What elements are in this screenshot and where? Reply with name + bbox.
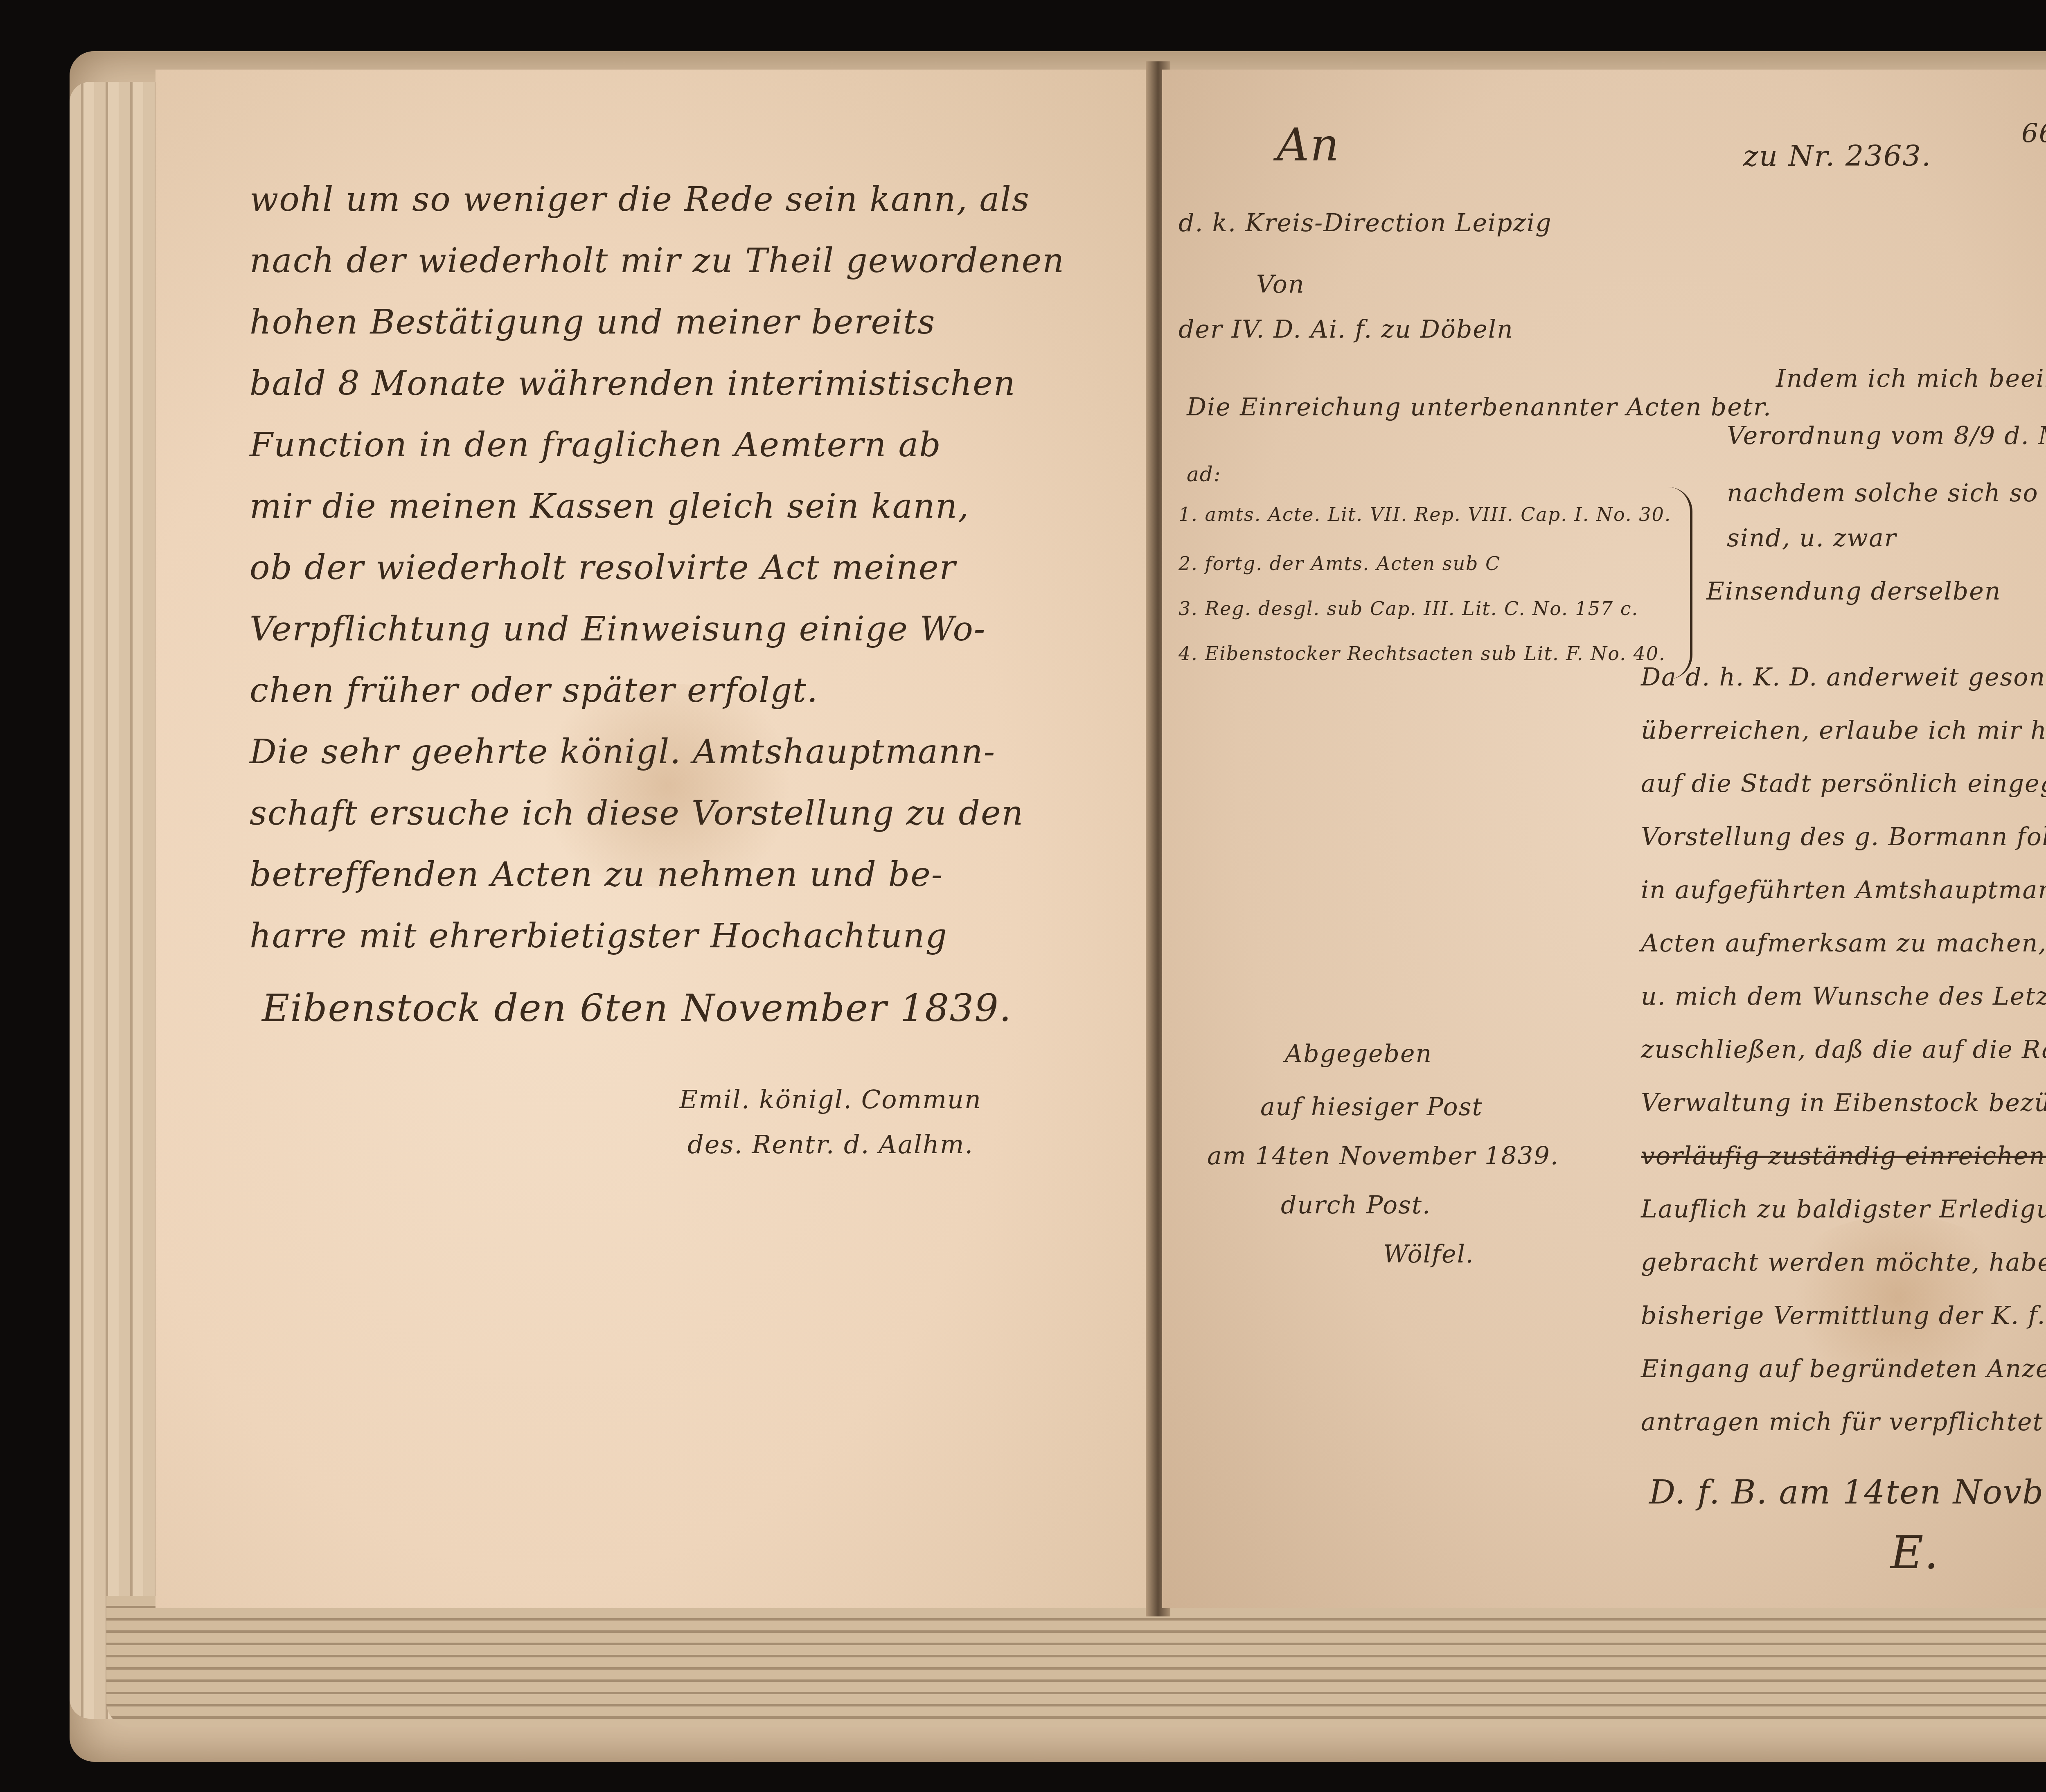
left-text-line: hohen Bestätigung und meiner bereits: [250, 303, 935, 342]
body-line: Verwaltung in Eibenstock bezüglich: [1641, 1089, 2046, 1117]
left-text-line: mir die meinen Kassen gleich sein kann,: [250, 487, 969, 526]
left-text-line: nach der wiederholt mir zu Theil geworde…: [250, 241, 1065, 280]
body-line: vorläufig zuständig einreichend: [1641, 1142, 2046, 1170]
list-item: 1. amts. Acte. Lit. VII. Rep. VIII. Cap.…: [1178, 503, 1671, 525]
dispatch-note-line: am 14ten November 1839.: [1207, 1142, 1559, 1170]
left-text-line: harre mit ehrerbietigster Hochachtung: [250, 917, 948, 956]
body-line: auf die Stadt persönlich eingegangene: [1641, 769, 2046, 798]
body-line: Lauflich zu baldigster Erledigung: [1641, 1195, 2046, 1224]
header-reference: zu Nr. 2363.: [1743, 139, 1931, 173]
right-page: zu Nr. 2363. 66. An d. k. Kreis-Directio…: [1162, 70, 2046, 1608]
body-line: sind, u. zwar: [1727, 524, 1897, 552]
address-sender: der IV. D. Ai. f. zu Döbeln: [1178, 315, 1514, 344]
left-text-line: betreffenden Acten zu nehmen und be-: [250, 855, 943, 894]
address-von: Von: [1256, 270, 1305, 299]
body-line: zuschließen, daß die auf die Rathsstadt: [1641, 1035, 2046, 1064]
book-bottom-page-edges: [106, 1596, 2046, 1727]
dispatch-note-signature: Wölfel.: [1383, 1240, 1474, 1269]
page-number: 66.: [2021, 119, 2046, 149]
body-line: antragen mich für verpflichtet erachtet.: [1641, 1408, 2046, 1436]
left-text-line: schaft ersuche ich diese Vorstellung zu …: [250, 794, 1024, 833]
body-line: nachdem solche sich so eben außer gebrau…: [1727, 479, 2046, 507]
body-line: bisherige Vermittlung der K. f. Rn. Dort: [1641, 1301, 2046, 1330]
body-line: gebracht werden möchte, habe ich dieses: [1641, 1248, 2046, 1277]
body-line: u. mich dem Wunsche des Letzteren an-: [1641, 982, 2046, 1011]
body-line: Indem ich mich beeile die in der h.: [1776, 364, 2046, 393]
body-line: in aufgeführten Amtshauptmannschaftl.: [1641, 876, 2046, 904]
body-line: Vorstellung des g. Bormann fol. 62. f.: [1641, 823, 2046, 851]
left-text-line: Verpflichtung und Einweisung einige Wo-: [250, 610, 986, 649]
left-text-line: wohl um so weniger die Rede sein kann, a…: [250, 180, 1030, 219]
list-intro: ad:: [1187, 462, 1221, 486]
body-line: Verordnung vom 8/9 d. Mts. geforderten A…: [1727, 422, 2046, 450]
dispatch-note-line: auf hiesiger Post: [1260, 1093, 1483, 1121]
subject-line: Die Einreichung unterbenannter Acten bet…: [1187, 393, 1772, 422]
address-an: An: [1277, 119, 1340, 171]
curly-brace: [1665, 487, 1692, 679]
list-note: Einsendung derselben: [1706, 577, 2001, 606]
body-line: Da d. h. K. D. anderweit gesonnen ist zu: [1641, 663, 2046, 692]
left-signature-line: des. Rentr. d. Aalhm.: [687, 1129, 973, 1159]
closing-initial: E.: [1891, 1526, 1939, 1579]
body-line: überreichen, erlaube ich mir hochdieselb…: [1641, 716, 2046, 745]
left-text-line: Die sehr geehrte königl. Amtshauptmann-: [250, 733, 996, 771]
body-line: Acten aufmerksam zu machen,: [1641, 929, 2046, 958]
list-item: 2. fortg. der Amts. Acten sub C: [1178, 552, 1501, 575]
left-signature-line: Emil. königl. Commun: [679, 1084, 982, 1114]
left-text-line: ob der wiederholt resolvirte Act meiner: [250, 548, 956, 587]
book-left-page-edges: [70, 82, 164, 1719]
list-item: 4. Eibenstocker Rechtsacten sub Lit. F. …: [1178, 642, 1666, 665]
left-page: wohl um so weniger die Rede sein kann, a…: [155, 70, 1152, 1608]
list-item: 3. Reg. desgl. sub Cap. III. Lit. C. No.…: [1178, 597, 1638, 620]
dispatch-note-line: durch Post.: [1281, 1191, 1431, 1219]
left-text-line: chen früher oder später erfolgt.: [250, 671, 818, 710]
dispatch-note-line: Abgegeben: [1285, 1039, 1432, 1068]
address-recipient: d. k. Kreis-Direction Leipzig: [1178, 209, 1552, 237]
closing-date-line: D. f. B. am 14ten Novbr. 1839.: [1649, 1473, 2046, 1511]
left-text-line: Function in den fraglichen Aemtern ab: [250, 426, 942, 464]
left-date-line: Eibenstock den 6ten November 1839.: [262, 986, 1012, 1030]
body-line: Eingang auf begründeten Anzeigen zu be-: [1641, 1355, 2046, 1383]
left-text-line: bald 8 Monate währenden interimistischen: [250, 364, 1016, 403]
